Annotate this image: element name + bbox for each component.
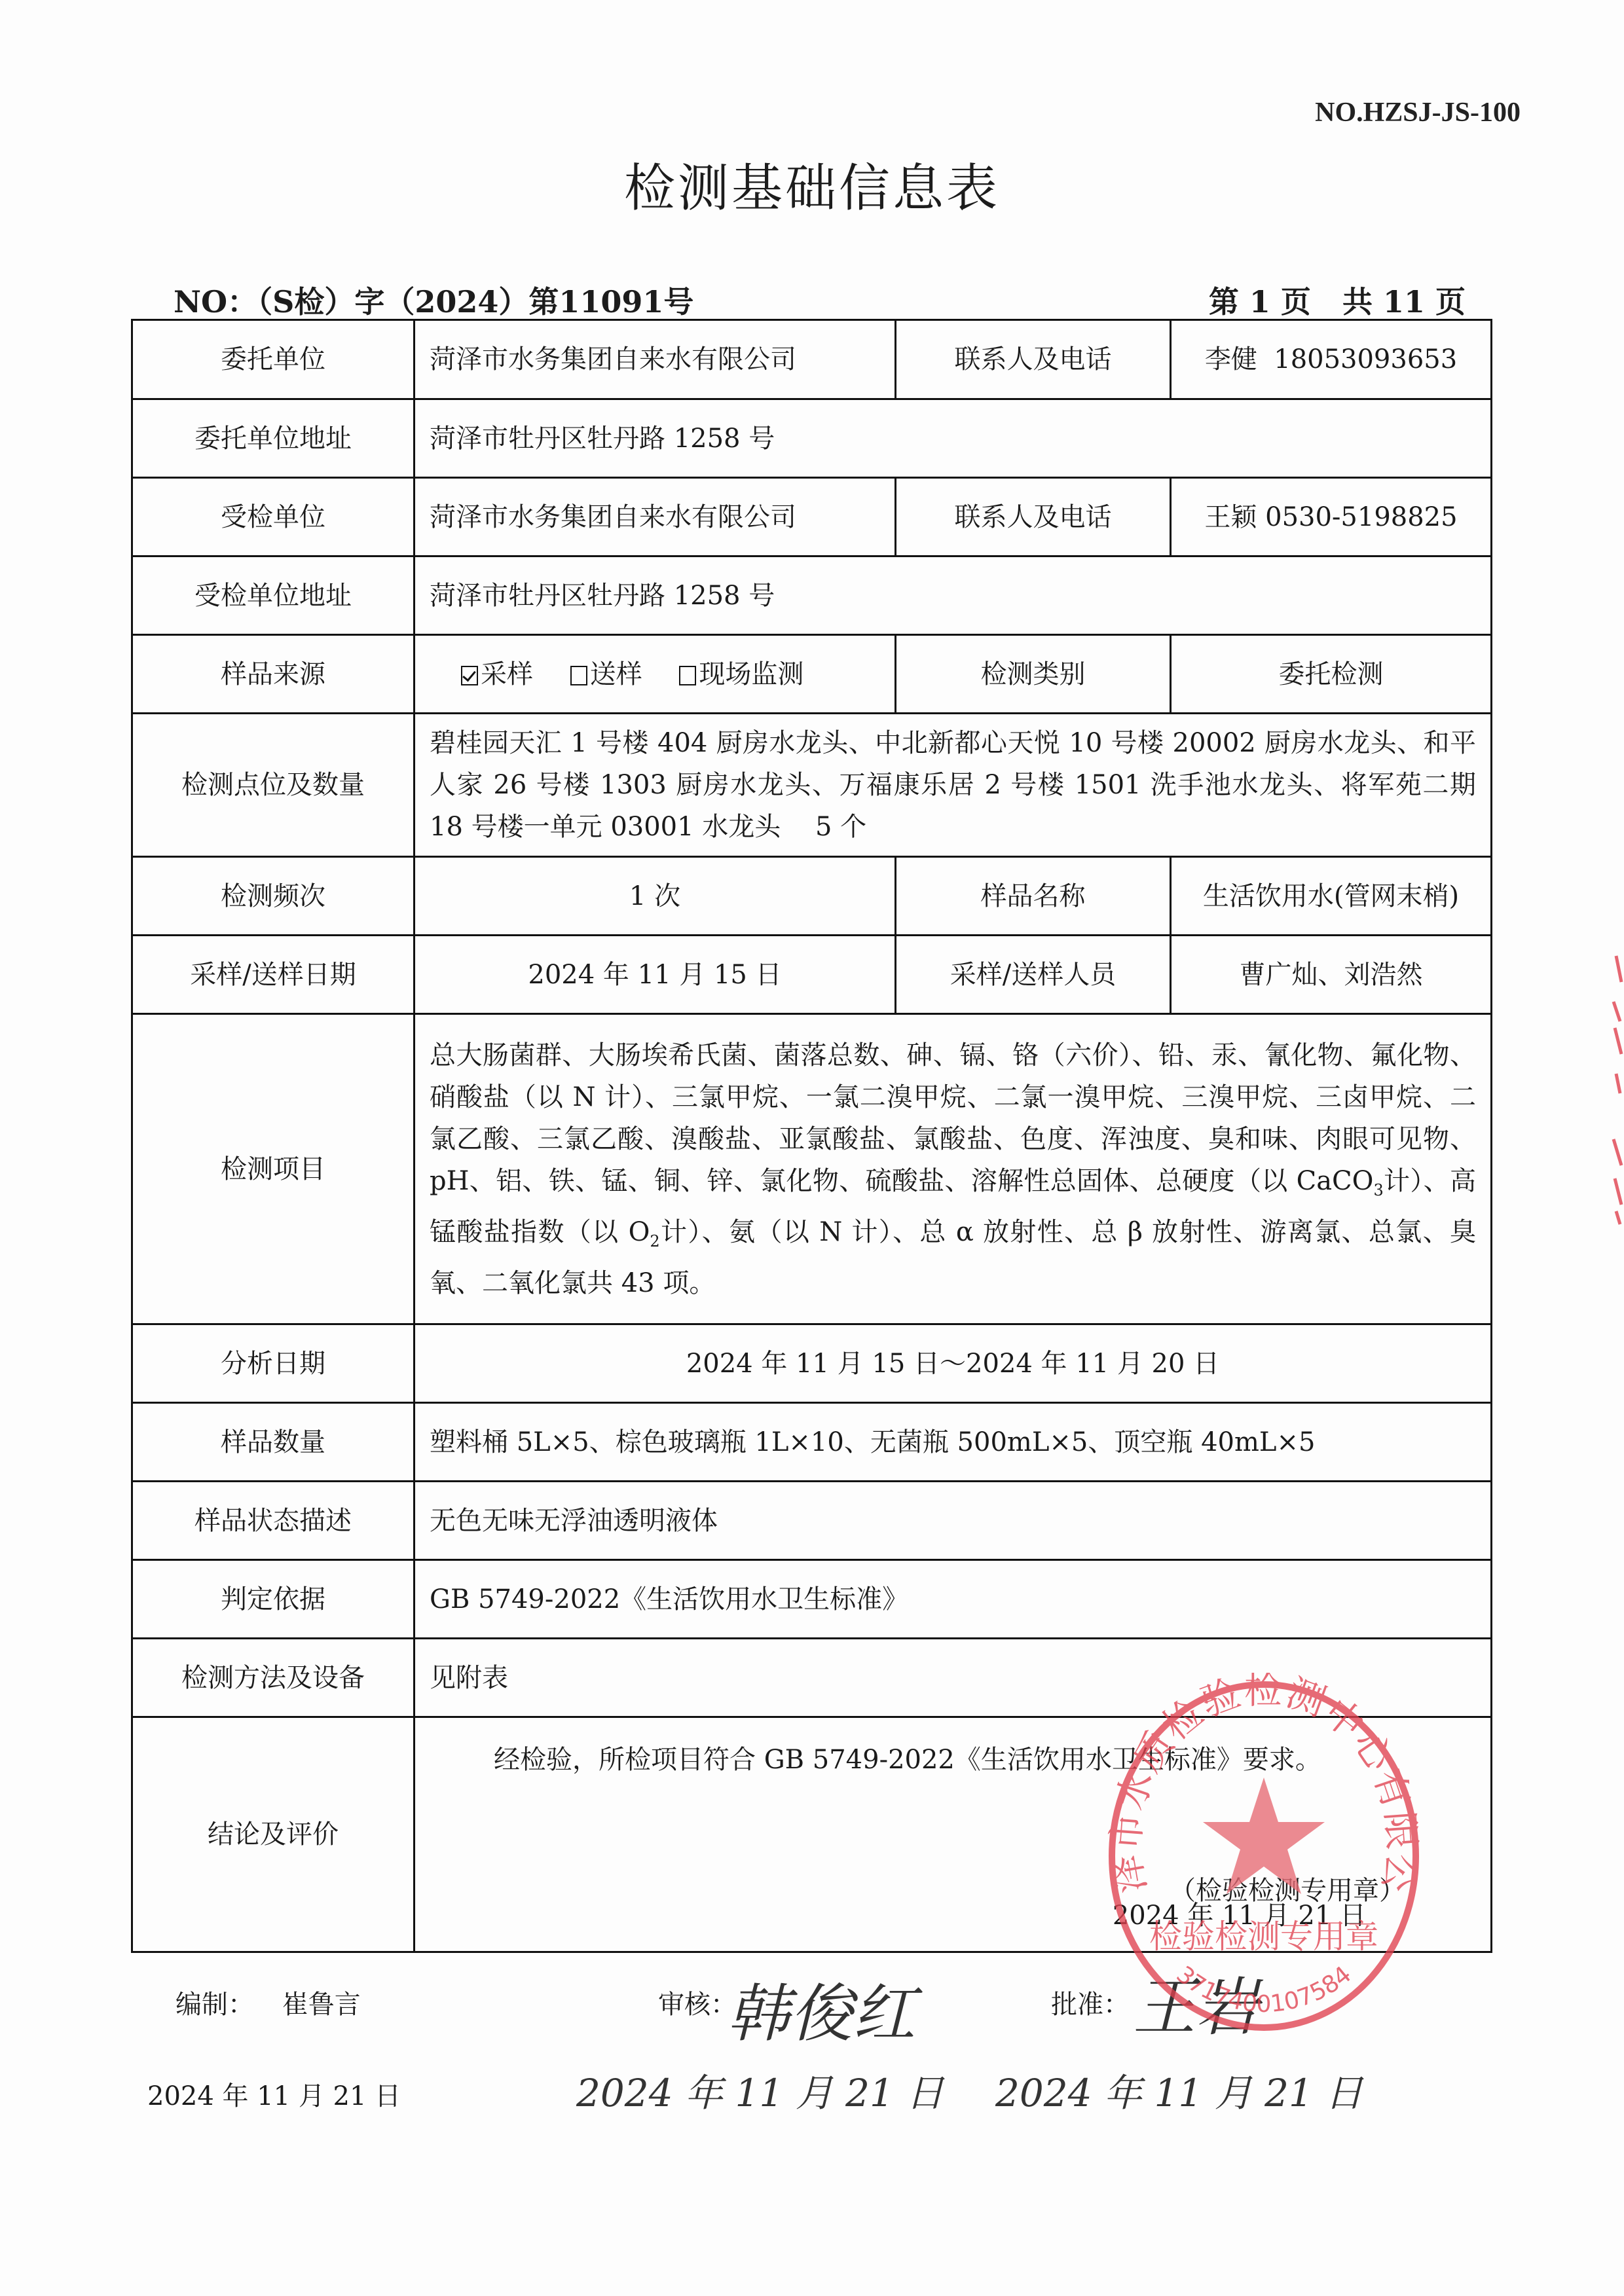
approve-date: 2024 年 11 月 21 日 [995, 2062, 1363, 2117]
table-row-sample-source: 样品来源 采样 送样 现场监测 检测类别 委托检测 [132, 635, 1492, 714]
report-number: NO：（S检）字（2024）第11091号 [174, 278, 693, 321]
conclusion-text: 经检验，所检项目符合 GB 5749-2022《生活饮用水卫生标准》要求。 [494, 1744, 1321, 1776]
conclusion-date: 2024 年 11 月 21 日 [1113, 1900, 1366, 1931]
table-row-sample-state: 样品状态描述 无色无味无浮油透明液体 [132, 1482, 1492, 1560]
frequency-label: 检测频次 [132, 857, 415, 936]
sampling-date-value: 2024 年 11 月 15 日 [415, 936, 896, 1014]
option-sampling[interactable]: 采样 [461, 659, 533, 689]
sample-source-label: 样品来源 [132, 635, 415, 714]
table-row-analysis-date: 分析日期 2024 年 11 月 15 日～2024 年 11 月 20 日 [132, 1324, 1492, 1403]
sample-quantity-label: 样品数量 [132, 1403, 415, 1482]
table-row-points: 检测点位及数量 碧桂园天汇 1 号楼 404 厨房水龙头、中北新都心天悦 10 … [132, 714, 1492, 857]
personnel-label: 采样/送样人员 [896, 936, 1171, 1014]
method-label: 检测方法及设备 [132, 1639, 415, 1717]
review-signature: 韩俊红 [727, 1964, 915, 2054]
inspected-address-label: 受检单位地址 [132, 556, 415, 635]
inspected-label: 受检单位 [132, 478, 415, 556]
items-label: 检测项目 [132, 1014, 415, 1324]
inspected-contact-label: 联系人及电话 [896, 478, 1171, 556]
sample-state-value: 无色无味无浮油透明液体 [415, 1482, 1492, 1560]
compiled-by: 编制： 崔鲁言 [175, 1984, 361, 2021]
basis-value: GB 5749-2022《生活饮用水卫生标准》 [415, 1560, 1492, 1639]
sample-quantity-value: 塑料桶 5L×5、棕色玻璃瓶 1L×10、无菌瓶 500mL×5、顶空瓶 40m… [415, 1403, 1492, 1482]
table-row-client-address: 委托单位地址 菏泽市牡丹区牡丹路 1258 号 [132, 399, 1492, 478]
sample-state-label: 样品状态描述 [132, 1482, 415, 1560]
inspected-address-value: 菏泽市牡丹区牡丹路 1258 号 [415, 556, 1492, 635]
table-row-conclusion: 结论及评价 经检验，所检项目符合 GB 5749-2022《生活饮用水卫生标准》… [132, 1717, 1492, 1952]
page-title: 检测基础信息表 [0, 147, 1624, 221]
analysis-date-label: 分析日期 [132, 1324, 415, 1403]
inspected-contact-value: 王颖 0530-5198825 [1171, 478, 1492, 556]
category-label: 检测类别 [896, 635, 1171, 714]
checkbox-checked-icon[interactable] [461, 666, 478, 685]
items-value: 总大肠菌群、大肠埃希氏菌、菌落总数、砷、镉、铬（六价）、铅、汞、氰化物、氟化物、… [415, 1014, 1492, 1324]
sampling-date-label: 采样/送样日期 [132, 936, 415, 1014]
client-contact-value: 李健 18053093653 [1171, 320, 1492, 399]
client-contact-label: 联系人及电话 [896, 320, 1171, 399]
personnel-value: 曹广灿、刘浩然 [1171, 936, 1492, 1014]
client-value: 菏泽市水务集团自来水有限公司 [415, 320, 896, 399]
category-value: 委托检测 [1171, 635, 1492, 714]
review-label: 审核： [658, 1984, 737, 2021]
compiled-name: 崔鲁言 [282, 1990, 361, 2020]
table-row-frequency: 检测频次 1 次 样品名称 生活饮用水(管网末梢) [132, 857, 1492, 936]
approve-signature: 王岩 [1133, 1958, 1259, 2047]
points-value: 碧桂园天汇 1 号楼 404 厨房水龙头、中北新都心天悦 10 号楼 20002… [415, 714, 1492, 857]
table-row-method: 检测方法及设备 见附表 [132, 1639, 1492, 1717]
form-code: NO.HZSJ-JS-100 [1315, 97, 1521, 128]
frequency-value: 1 次 [415, 857, 896, 936]
option-onsite[interactable]: 现场监测 [679, 659, 803, 689]
option-delivery[interactable]: 送样 [570, 659, 642, 689]
table-row-basis: 判定依据 GB 5749-2022《生活饮用水卫生标准》 [132, 1560, 1492, 1639]
table-row-items: 检测项目 总大肠菌群、大肠埃希氏菌、菌落总数、砷、镉、铬（六价）、铅、汞、氰化物… [132, 1014, 1492, 1324]
edge-seal-fragment-icon [1596, 943, 1624, 1231]
table-row-client: 委托单位 菏泽市水务集团自来水有限公司 联系人及电话 李健 1805309365… [132, 320, 1492, 399]
client-label: 委托单位 [132, 320, 415, 399]
sample-name-label: 样品名称 [896, 857, 1171, 936]
client-address-label: 委托单位地址 [132, 399, 415, 478]
inspected-value: 菏泽市水务集团自来水有限公司 [415, 478, 896, 556]
sample-name-value: 生活饮用水(管网末梢) [1171, 857, 1492, 936]
analysis-date-value: 2024 年 11 月 15 日～2024 年 11 月 20 日 [415, 1324, 1492, 1403]
table-row-inspected-address: 受检单位地址 菏泽市牡丹区牡丹路 1258 号 [132, 556, 1492, 635]
table-row-inspected: 受检单位 菏泽市水务集团自来水有限公司 联系人及电话 王颖 0530-51988… [132, 478, 1492, 556]
sample-source-options: 采样 送样 现场监测 [415, 635, 896, 714]
method-value: 见附表 [415, 1639, 1492, 1717]
info-table: 委托单位 菏泽市水务集团自来水有限公司 联系人及电话 李健 1805309365… [131, 319, 1492, 1953]
compiled-label: 编制： [175, 1990, 254, 2020]
page-info: 第 1 页 共 11 页 [1209, 278, 1466, 321]
basis-label: 判定依据 [132, 1560, 415, 1639]
table-row-sample-quantity: 样品数量 塑料桶 5L×5、棕色玻璃瓶 1L×10、无菌瓶 500mL×5、顶空… [132, 1403, 1492, 1482]
conclusion-cell: 经检验，所检项目符合 GB 5749-2022《生活饮用水卫生标准》要求。 （检… [415, 1717, 1492, 1952]
review-date: 2024 年 11 月 21 日 [576, 2062, 944, 2117]
approve-label: 批准： [1051, 1984, 1130, 2021]
client-address-value: 菏泽市牡丹区牡丹路 1258 号 [415, 399, 1492, 478]
checkbox-empty-icon[interactable] [570, 666, 587, 685]
conclusion-label: 结论及评价 [132, 1717, 415, 1952]
table-row-sampling-date: 采样/送样日期 2024 年 11 月 15 日 采样/送样人员 曹广灿、刘浩然 [132, 936, 1492, 1014]
compiled-date: 2024 年 11 月 21 日 [147, 2075, 401, 2113]
points-label: 检测点位及数量 [132, 714, 415, 857]
checkbox-empty-icon[interactable] [679, 666, 696, 685]
